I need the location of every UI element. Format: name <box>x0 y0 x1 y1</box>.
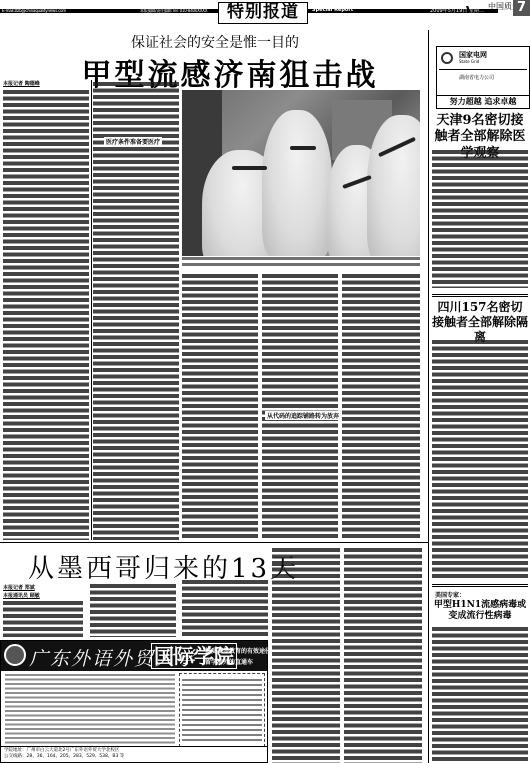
second-story-col5 <box>344 548 422 763</box>
ad-tagline-2: 留学海外的直通车 <box>205 657 253 666</box>
ad-tagline-1: 接受高等教育的有效途径 <box>205 646 271 655</box>
story-divider <box>0 542 428 543</box>
ad-info-box <box>179 673 265 747</box>
ad-footer: 学院地址：广州市白云大道北2号广东外语外贸大学北校区 公交线路：28、36、16… <box>1 746 267 762</box>
state-grid-logo-icon <box>441 52 453 64</box>
second-story-byline-2: 本报通讯员 顾敏 <box>3 592 40 599</box>
header-email: E-mail:zlzb@chinaqualitynews.com <box>2 8 66 13</box>
page-header: E-mail:zlzb@chinaqualitynews.com 本版编辑/责任… <box>0 0 530 24</box>
page-number: 7 <box>513 0 530 16</box>
article-body-col2 <box>93 82 179 540</box>
story-byline: 本报记者 陶德峰 <box>3 80 40 87</box>
right-story1-body <box>432 150 528 288</box>
inline-subhead: 从代码的追踪铺路转为放弃 <box>265 411 341 420</box>
article-body-col5 <box>342 274 420 540</box>
second-story-byline-1: 本报记者 郑斌 <box>3 584 35 591</box>
ad-company-en: State Grid <box>459 59 479 64</box>
second-story-col2 <box>90 584 176 637</box>
right-column-divider <box>428 30 429 763</box>
ad-subsidiary: 湖南省电力公司 <box>459 74 494 81</box>
section-english: Special Report <box>312 7 353 13</box>
photo-caption <box>182 257 420 269</box>
right-story2-body <box>432 340 528 578</box>
article-body-col3 <box>182 274 258 540</box>
ad-slogan: 努力超越 追求卓越 <box>436 96 530 109</box>
ad-divider <box>439 69 527 70</box>
header-editor-info: 本版编辑/责任编辑 Tel: 010-8400XXXX <box>140 8 207 14</box>
university-advertisement[interactable]: 广东外语外贸大学 国际学院 接受高等教育的有效途径 留学海外的直通车 学院地址：… <box>0 640 268 763</box>
second-story-col4 <box>272 548 340 763</box>
right-story3-body <box>432 627 528 763</box>
news-photo-medical-workers <box>182 90 420 256</box>
right-story-separator <box>432 294 528 297</box>
right-story-separator-2 <box>432 584 528 587</box>
right-story2-headline: 四川157名密切接触者全部解除隔离 <box>432 300 528 345</box>
ad-bus-lines: 公交线路：28、36、164、205、283、529、538、B3 等 <box>4 754 264 760</box>
right-story3-headline: 甲型H1N1流感病毒或变成流行性病毒 <box>432 600 528 623</box>
column-divider <box>91 80 92 540</box>
right-story3-label: 美国专家： <box>433 590 467 599</box>
ad-banner: 广东外语外贸大学 国际学院 接受高等教育的有效途径 留学海外的直通车 <box>1 641 267 671</box>
second-story-col1 <box>3 601 83 637</box>
story-kicker: 保证社会的安全是惟一目的 <box>125 32 305 52</box>
second-story-col3 <box>182 580 268 637</box>
ad-body-text <box>5 674 175 746</box>
article-subhead: 医疗条件准备要医疗 <box>104 137 162 146</box>
state-grid-ad[interactable]: 国家电网 State Grid 湖南省电力公司 <box>436 46 530 96</box>
article-body-col1 <box>3 90 89 540</box>
article-body-col4 <box>262 274 338 540</box>
decorative-stripes-icon: \\\\\\ <box>466 5 468 13</box>
section-title: 特别报道 <box>218 2 308 24</box>
university-seal-icon <box>4 644 26 666</box>
issue-date: 2009年5月19日 星期二 <box>430 7 484 14</box>
